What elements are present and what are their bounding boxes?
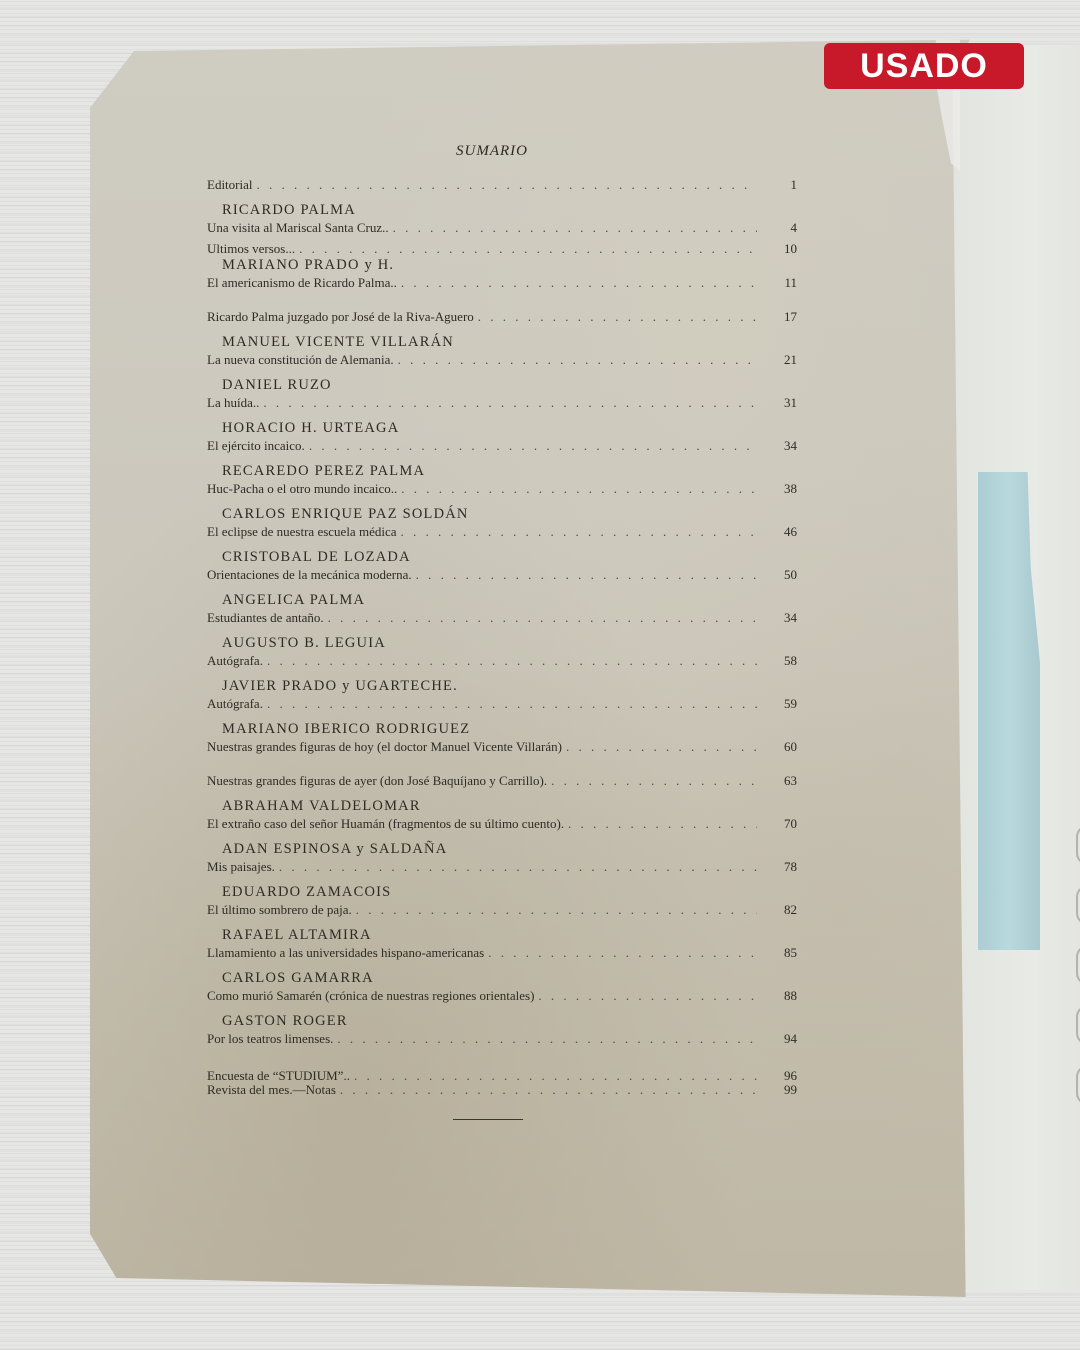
ornament-scallop (1076, 825, 1080, 865)
entry-page: 99 (757, 1083, 797, 1097)
entry-title: El americanismo de Ricardo Palma.. (207, 274, 401, 291)
toc-entry: El último sombrero de paja. 82 (207, 901, 797, 918)
toc-entry: Huc-Pacha o el otro mundo incaico.. 38 (207, 480, 797, 497)
leader-dots (267, 695, 757, 712)
toc-entry: Llamamiento a las universidades hispano-… (207, 944, 797, 961)
entry-page: 11 (757, 274, 797, 291)
toc-entry: Estudiantes de antaño. 34 (207, 609, 797, 626)
entry-title: Mis paisajes. (207, 858, 279, 875)
entry-author: ADAN ESPINOSA y SALDAÑA (207, 841, 807, 858)
entry-page: 10 (757, 240, 797, 257)
page-title: SUMARIO (177, 143, 807, 160)
entry-author: DANIEL RUZO (207, 377, 807, 394)
entry-title: Estudiantes de antaño. (207, 609, 328, 626)
entry-page: 4 (757, 219, 797, 236)
entry-title: Ultimos versos... (207, 240, 299, 257)
toc-entry: Autógrafa. 59 (207, 695, 797, 712)
leader-dots (354, 1069, 757, 1083)
entry-title: Autógrafa. (207, 695, 267, 712)
closing-rule (453, 1119, 523, 1120)
entry-author: HORACIO H. URTEAGA (207, 420, 807, 437)
leader-dots (568, 815, 757, 832)
entry-page: 88 (757, 987, 797, 1004)
entry-title: Una visita al Mariscal Santa Cruz.. (207, 219, 393, 236)
toc-entry: Mis paisajes. 78 (207, 858, 797, 875)
leader-dots (538, 987, 757, 1004)
entry-page: 82 (757, 901, 797, 918)
entry-author: RAFAEL ALTAMIRA (207, 927, 807, 944)
leader-dots (340, 1083, 757, 1097)
entry-title: Nuestras grandes figuras de hoy (el doct… (207, 738, 566, 755)
entry-page: 96 (757, 1069, 797, 1083)
entry-author: EDUARDO ZAMACOIS (207, 884, 807, 901)
entry-page: 17 (757, 308, 797, 325)
entry-page: 85 (757, 944, 797, 961)
entry-author: MARIANO IBERICO RODRIGUEZ (207, 721, 807, 738)
entry-author: RECAREDO PEREZ PALMA (207, 463, 807, 480)
entry-title: El extraño caso del señor Huamán (fragme… (207, 815, 568, 832)
ornament-scallop (1076, 885, 1080, 925)
entry-title: Llamamiento a las universidades hispano-… (207, 944, 488, 961)
leader-dots (393, 219, 757, 236)
entry-page: 31 (757, 394, 797, 411)
toc-entry: El eclipse de nuestra escuela médica 46 (207, 523, 797, 540)
leader-dots (478, 308, 757, 325)
toc-entry: El extraño caso del señor Huamán (fragme… (207, 815, 797, 832)
toc-entry: Autógrafa. 58 (207, 652, 797, 669)
entry-page: 78 (757, 858, 797, 875)
entry-page: 21 (757, 351, 797, 368)
leader-dots (263, 394, 757, 411)
toc-entry: La huída.. 31 (207, 394, 797, 411)
entry-author: RICARDO PALMA (207, 202, 807, 219)
toc-entry: El ejército incaico. 34 (207, 437, 797, 454)
leader-dots (401, 274, 757, 291)
entry-author: CRISTOBAL DE LOZADA (207, 549, 807, 566)
entry-title: Encuesta de “STUDIUM”.. (207, 1069, 354, 1083)
leader-dots (299, 240, 757, 257)
entry-title: Editorial (207, 176, 257, 193)
ornament-scallop (1076, 1005, 1080, 1045)
entry-author: MARIANO PRADO y H. (207, 257, 807, 274)
entry-author: GASTON ROGER (207, 1013, 807, 1030)
entry-page: 34 (757, 609, 797, 626)
toc-entry: Revista del mes.—Notas 99 (207, 1083, 797, 1097)
entry-title: La nueva constitución de Alemania. (207, 351, 398, 368)
entry-page: 60 (757, 738, 797, 755)
entry-title: El último sombrero de paja. (207, 901, 356, 918)
leader-dots (401, 523, 758, 540)
leader-dots (488, 944, 757, 961)
entry-title: Como murió Samarén (crónica de nuestras … (207, 987, 538, 1004)
toc-entry: El americanismo de Ricardo Palma.. 11 (207, 274, 797, 291)
toc-entry: Orientaciones de la mecánica moderna. 50 (207, 566, 797, 583)
leader-dots (566, 738, 757, 755)
entry-page: 34 (757, 437, 797, 454)
entry-title: Huc-Pacha o el otro mundo incaico.. (207, 480, 401, 497)
leader-dots (401, 480, 757, 497)
entry-page: 70 (757, 815, 797, 832)
entry-author: MANUEL VICENTE VILLARÁN (207, 334, 807, 351)
table-of-contents: SUMARIO Editorial 1 RICARDO PALMA Una vi… (207, 143, 807, 1120)
leader-dots (279, 858, 757, 875)
leader-dots (328, 609, 757, 626)
entry-page: 58 (757, 652, 797, 669)
toc-entry: La nueva constitución de Alemania. 21 (207, 351, 797, 368)
entry-page: 38 (757, 480, 797, 497)
entry-title: Revista del mes.—Notas (207, 1083, 340, 1097)
entry-title: Orientaciones de la mecánica moderna. (207, 566, 416, 583)
entry-title: Nuestras grandes figuras de ayer (don Jo… (207, 772, 551, 789)
entry-author: AUGUSTO B. LEGUIA (207, 635, 807, 652)
entry-page: 1 (757, 176, 797, 193)
entry-title: Por los teatros limenses. (207, 1030, 337, 1047)
entry-title: La huída.. (207, 394, 263, 411)
entry-title: Autógrafa. (207, 652, 267, 669)
entry-title: El ejército incaico. (207, 437, 309, 454)
toc-entry: Por los teatros limenses. 94 (207, 1030, 797, 1047)
entry-author: CARLOS ENRIQUE PAZ SOLDÁN (207, 506, 807, 523)
leader-dots (267, 652, 757, 669)
toc-entry: Ricardo Palma juzgado por José de la Riv… (207, 308, 797, 325)
toc-entry: Encuesta de “STUDIUM”.. 96 (207, 1069, 797, 1083)
ornament-scallop (1076, 945, 1080, 985)
toc-entry: Nuestras grandes figuras de ayer (don Jo… (207, 772, 797, 789)
used-condition-badge: USADO (824, 43, 1024, 89)
entry-page: 50 (757, 566, 797, 583)
entry-author: CARLOS GAMARRA (207, 970, 807, 987)
toc-entry: Como murió Samarén (crónica de nuestras … (207, 987, 797, 1004)
leader-dots (257, 176, 758, 193)
leader-dots (356, 901, 757, 918)
toc-entry: Editorial 1 (207, 176, 797, 193)
entry-title: Ricardo Palma juzgado por José de la Riv… (207, 308, 478, 325)
leader-dots (337, 1030, 757, 1047)
entry-page: 63 (757, 772, 797, 789)
leader-dots (309, 437, 757, 454)
toc-entry: Nuestras grandes figuras de hoy (el doct… (207, 738, 797, 755)
toc-entry: Ultimos versos... 10 (207, 240, 797, 257)
entry-page: 59 (757, 695, 797, 712)
entry-author: JAVIER PRADO y UGARTECHE. (207, 678, 807, 695)
toc-entry: Una visita al Mariscal Santa Cruz.. 4 (207, 219, 797, 236)
entry-page: 46 (757, 523, 797, 540)
ornament-scallop (1076, 1065, 1080, 1105)
leader-dots (416, 566, 757, 583)
entry-author: ANGELICA PALMA (207, 592, 807, 609)
leader-dots (551, 772, 757, 789)
entry-title: El eclipse de nuestra escuela médica (207, 523, 401, 540)
leader-dots (398, 351, 757, 368)
entry-author: ABRAHAM VALDELOMAR (207, 798, 807, 815)
entry-page: 94 (757, 1030, 797, 1047)
